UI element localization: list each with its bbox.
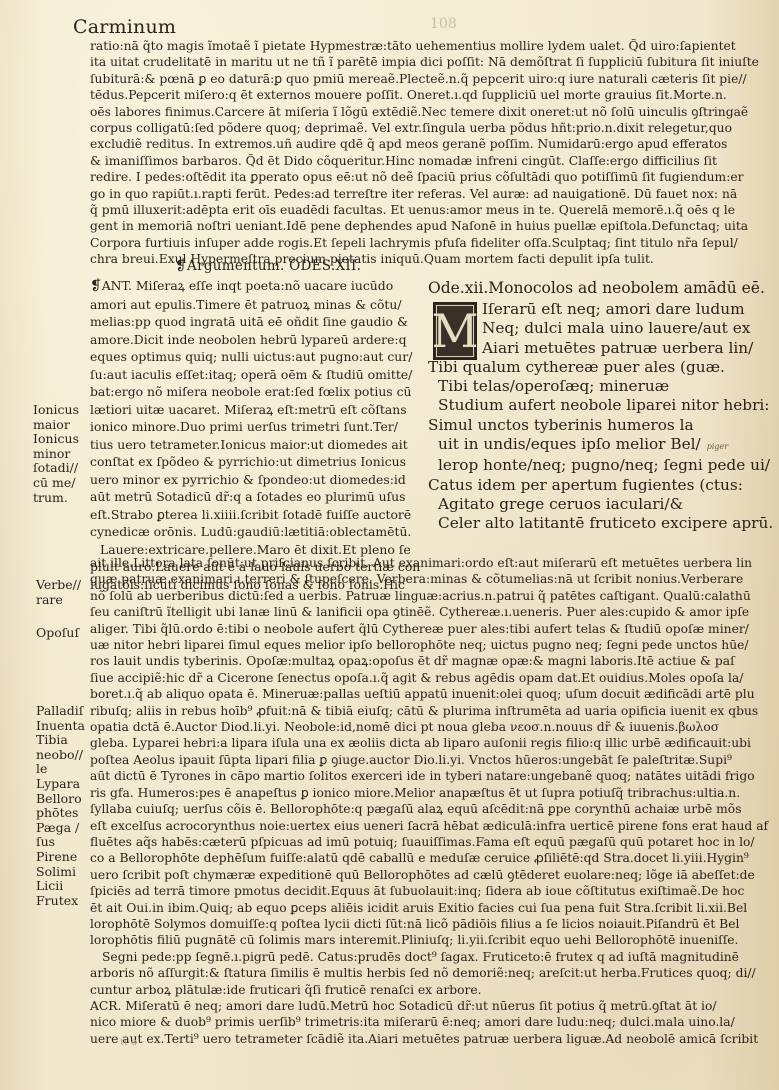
commentary-line: fluētes aq̃s habēs:cæterū pſpicuas ad im…: [90, 834, 770, 850]
commentary-line: cynedicæ orōnis. Ludū:gaudiū:lætitiā:obl…: [90, 523, 420, 541]
commentary-line: bat:ergo nõ miſera neobole erat:ſed fœli…: [90, 383, 420, 401]
commentary-line: & imaniſſimos barbaros. Q̃d ēt Dido cõqu…: [90, 153, 770, 169]
commentary-line: aliger. Tibi q̃lū.ordo ē:tibi o neobole …: [90, 621, 770, 637]
running-head: Carminum: [73, 16, 176, 38]
verse-line: Tibi qualum cythereæ puer ales (guæ.: [428, 358, 773, 377]
margin-note-line: rare: [36, 593, 81, 608]
margin-note-line: Belloro: [36, 792, 85, 807]
commentary-line: eſt excelſus acrocorynthus noie:uertex e…: [90, 818, 770, 834]
commentary-line: uæ nitor hebri liparei ſimul eques melio…: [90, 637, 770, 653]
verse-line: Aiari metuētes patruæ uerbera lin/: [428, 339, 773, 358]
commentary-line: lorophōtē Solymos domuiſſe:q poſtea lyci…: [90, 916, 770, 932]
margin-note-line: trum.: [33, 491, 79, 506]
commentary-line: ris gfa. Humeros:pes ē anapeſtus ꝑ ionic…: [90, 785, 770, 801]
book-page: Carminum 108 ratio:nā q̃to magis ĩmotaẽ …: [0, 0, 779, 1090]
commentary-line: ait ille.Littora lata ſonūt:ut priſcianu…: [90, 555, 770, 571]
commentary-line: ionico minore.Duo primi uerſus trimetri …: [90, 418, 420, 436]
footer-show-through: ιι ο: [120, 1037, 137, 1048]
margin-note-opofus: Opoſuſ: [36, 626, 79, 641]
commentary-line: excludiẽ reditus. In extremos.uñ audire …: [90, 136, 770, 152]
commentary-line: boret.ı.q̃ ab aliquo opata ē. Mineruæ:pa…: [90, 686, 770, 702]
margin-note-line: minor: [33, 447, 79, 462]
full-width-commentary: ait ille.Littora lata ſonūt:ut priſcianu…: [90, 555, 770, 1047]
left-commentary: ❡ANT. Miſeraꝝ eſſe inqt poeta:nõ uacare …: [90, 277, 420, 593]
commentary-line: ſu:aut iaculis eſſet:itaq; operā oēm & ſ…: [90, 366, 420, 384]
margin-note-line: maior: [33, 418, 79, 433]
margin-note-line: Palladiſ: [36, 704, 85, 719]
margin-note-line: neobo//: [36, 748, 85, 763]
commentary-line: nico miore & duob⁹ primis uerſib⁹ trimet…: [90, 1014, 770, 1030]
commentary-line: aūt dictū ē Tyrones in cāpo martio ſolit…: [90, 768, 770, 784]
commentary-line: nõ ſolū ab uerberibus dictū:ſed a uerbis…: [90, 588, 770, 604]
argument-heading-text: Argumentum. ODES.XII.: [187, 258, 361, 274]
verse-line: Studium aufert neobole liparei nitor heb…: [428, 396, 773, 415]
commentary-line: corpus colligatū:ſed põdere quoq; deprim…: [90, 120, 770, 136]
commentary-line: arboris nõ aſſurgit:& ſtatura ſimilis ē …: [90, 965, 770, 981]
verse-line: Neq; dulci mala uino lauere/aut ex: [428, 319, 773, 338]
verse-line: Catus idem per apertum fugientes (ctus:: [428, 476, 773, 495]
margin-note-verberare: Verbe//rare: [36, 578, 81, 607]
commentary-line: poſtea Aeolus ipauit ſūpta lipari filia …: [90, 752, 770, 768]
verse-line: uit in undis/eques ipſo melior Bel/: [428, 435, 701, 454]
commentary-line: cuntur arboꝝ plātulæ:ide fruticari q̃ſi …: [90, 982, 770, 998]
commentary-line: go in quo rapiūt.ı.rapti ferūt. Pedes:ad…: [90, 186, 770, 202]
verse-line: Tibi telas/operoſæq; mineruæ: [428, 377, 773, 396]
verse-line: lerop honte/neq; pugno/neq; ſegni pede u…: [428, 456, 773, 475]
margin-note-line: phōtes: [36, 806, 85, 821]
commentary-line: ita uitat crudelitatē in maritu ut ne tñ…: [90, 54, 770, 70]
commentary-line: ſubiturā:& pœnā ꝑ eo daturā:ꝑ quo pmiū m…: [90, 71, 770, 87]
ode-heading: Ode.xii.Monocolos ad neobolem amādū eē.: [428, 279, 765, 297]
commentary-line: aūt metrū Sotadicū dr̃:q a ſotades eo pl…: [90, 488, 420, 506]
commentary-line: ēt ait Oui.in ibim.Quiq; ab equo ꝑceps a…: [90, 900, 770, 916]
commentary-line: ſyllaba cuiuſq; uerſus cõis ē. Belloroph…: [90, 801, 770, 817]
commentary-line: ratio:nā q̃to magis ĩmotaẽ ĩ pietate Hyp…: [90, 38, 770, 54]
margin-note-line: cū me/: [33, 476, 79, 491]
commentary-line: ſpiciēs ad terrā timore pmotus decidit.E…: [90, 883, 770, 899]
margin-note-line: Opoſuſ: [36, 626, 79, 641]
commentary-line: Segni pede:pp ſegnē.ı.pigrū pedē. Catus:…: [90, 949, 770, 965]
commentary-line: q̃ pmū illuxerit:adēpta erit oīs euadēdi…: [90, 202, 770, 218]
commentary-line: ſiue accipiẽ:hic dr̃ a Cicerone ſenectus…: [90, 670, 770, 686]
commentary-line: uere aut ex.Terti⁹ uero tetrameter ſcādi…: [90, 1031, 770, 1047]
margin-note-line: Tibia: [36, 733, 85, 748]
commentary-line: opatia dctā ē.Auctor Diod.li.yi. Neobole…: [90, 719, 770, 735]
commentary-line: guæ patruæ exanimari.ı.terreri & ſtupeſc…: [90, 571, 770, 587]
commentary-line: eques optimus quiq; nulli uictus:aut pug…: [90, 348, 420, 366]
commentary-line: ros lauit undis tyberinis. Opoſæ:multaꝝ …: [90, 653, 770, 669]
commentary-line: ribuſq; aliis in rebus hoīb⁹ ꝓfuit:nā & …: [90, 703, 770, 719]
verse-line: Celer alto latitantē fruticeto excipere …: [428, 514, 773, 533]
commentary-line: gleba. Lyparei hebri:a lipara iſula una …: [90, 735, 770, 751]
top-commentary: ratio:nā q̃to magis ĩmotaẽ ĩ pietate Hyp…: [90, 38, 770, 268]
ode-verse: Iſerarū eſt neq; amori dare ludumNeq; du…: [428, 300, 773, 534]
margin-note-line: le: [36, 762, 85, 777]
verse-line: Simul unctos tyberinis humeros la: [428, 416, 773, 435]
folio-show-through: 108: [430, 16, 457, 32]
commentary-line: eſt.Strabo ꝑterea li.xiiii.ſcribit ſotad…: [90, 506, 420, 524]
argument-heading: ❡Argumentum. ODES.XII.: [175, 258, 361, 274]
commentary-line: conſtat ex ſpõdeo & pyrrichio:ut dimetri…: [90, 453, 420, 471]
commentary-line: amori aut epulis.Timere ēt patruoꝝ minas…: [90, 296, 420, 314]
verse-line: Iſerarū eſt neq; amori dare ludum: [428, 300, 773, 319]
margin-note-list: PalladiſInuentaTibianeobo//leLyparaBello…: [36, 704, 85, 908]
commentary-line: melias:pp quod ingratā uitā eē oñdit ſin…: [90, 313, 420, 331]
margin-note-line: ſotadi//: [33, 461, 79, 476]
margin-note-line: Licii: [36, 879, 85, 894]
commentary-line: ſeu caniſtrū ĩtelligit ubi lanæ linū & l…: [90, 604, 770, 620]
commentary-line: uero ſcribit poſt chymæræ expeditionē qu…: [90, 867, 770, 883]
commentary-line: ANT. Miſeraꝝ eſſe inqt poeta:nõ uacare i…: [102, 278, 393, 293]
commentary-line: lætiori uitæ uacaret. Miſeraꝝ eſt:metrū …: [90, 401, 420, 419]
commentary-line: ACR. Miſeratū ē neq; amori dare ludū.Met…: [90, 998, 770, 1014]
pilcrow-icon: ❡: [175, 258, 187, 274]
margin-note-line: Pæga /: [36, 821, 85, 836]
margin-note-line: Lypara: [36, 777, 85, 792]
margin-note-ionicus: IonicusmaiorIonicusminorſotadi//cū me/tr…: [33, 403, 79, 505]
commentary-line: gent in memoriā noſtri ueniant.Idē pene …: [90, 218, 770, 234]
margin-note-line: Ionicus: [33, 432, 79, 447]
margin-note-line: Inuenta: [36, 719, 85, 734]
margin-note-line: Solimi: [36, 865, 85, 880]
commentary-line: amore.Dicit inde neobolen hebrū lypareū …: [90, 331, 420, 349]
commentary-line: co a Bellorophōte dephēſum fuiſſe:alatū …: [90, 850, 770, 866]
margin-note-line: Verbe//: [36, 578, 81, 593]
commentary-line: oēs labores finimus.Carcere āt miſeria ĩ…: [90, 104, 770, 120]
commentary-line: lorophōtis filiū pugnātē cū ſolimis mars…: [90, 932, 770, 948]
margin-note-line: Ionicus: [33, 403, 79, 418]
commentary-line: tius uero tetrameter.Ionicus maior:ut di…: [90, 436, 420, 454]
commentary-line: uero minor ex pyrrichio & ſpondeo:ut dio…: [90, 471, 420, 489]
interlinear-gloss: piger: [707, 442, 728, 451]
margin-note-line: ſus: [36, 835, 85, 850]
pilcrow-icon: ❡: [90, 278, 102, 294]
verse-line: Agitato grege ceruos iaculari/&: [428, 495, 773, 514]
commentary-line: redire. I pedes:oſtēdit ita ꝑperato opus…: [90, 169, 770, 185]
margin-note-line: Pirene: [36, 850, 85, 865]
margin-note-line: Frutex: [36, 894, 85, 909]
commentary-line: tēdus.Pepcerit miſero:q ēt externos moue…: [90, 87, 770, 103]
commentary-line: Corpora furtiuis inſuper adde rogis.Et ſ…: [90, 235, 770, 251]
